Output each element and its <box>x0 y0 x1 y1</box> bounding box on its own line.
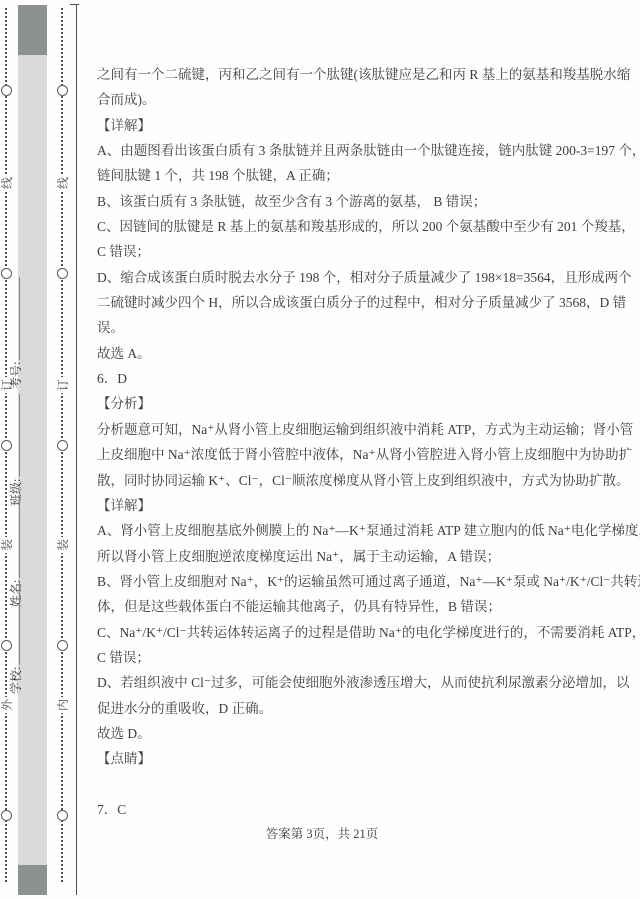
binding-line-char: 线 <box>0 175 15 191</box>
class-field: 班级: <box>7 394 23 506</box>
text-line: C、Na⁺/K⁺/Cl⁻共转运体转运离子的过程是借助 Na⁺的电化学梯度进行的，… <box>97 620 609 645</box>
name-blank-line <box>7 495 20 578</box>
text-line: 之间有一个二硫键，丙和乙之间有一个肽键(该肽键应是乙和丙 R 基上的氨基和羧基脱… <box>97 62 609 87</box>
exam-number-blank-line <box>7 277 20 360</box>
page-left-border-line <box>76 5 77 895</box>
school-blank-line <box>7 582 20 665</box>
text-line: 【分析】 <box>97 391 609 416</box>
binding-hole-circle <box>57 640 68 651</box>
text-line: D、若组织液中 Cl⁻过多，可能会使细胞外液渗透压增大，从而使抗利尿激素分泌增加… <box>97 670 609 695</box>
page-border-top-cap <box>70 4 79 5</box>
text-line: C 错误； <box>97 645 609 670</box>
text-line: 故选 D。 <box>97 721 609 746</box>
school-field: 学校: <box>7 582 23 694</box>
page-footer: 答案第 3页，共 21页 <box>77 824 567 842</box>
exam-number-field: 考号: <box>7 277 23 389</box>
binding-hole-circle <box>57 440 68 451</box>
binding-hole-circle <box>57 268 68 279</box>
text-line: 【点睛】 <box>97 746 609 771</box>
binding-line-char: 装 <box>53 537 71 553</box>
answer-text-area: 之间有一个二硫键，丙和乙之间有一个肽键(该肽键应是乙和丙 R 基上的氨基和羧基脱… <box>97 62 609 822</box>
binding-hole-circle <box>1 810 12 821</box>
text-line: 7．C <box>97 797 609 822</box>
text-line: 【详解】 <box>97 113 609 138</box>
text-line: 【详解】 <box>97 493 609 518</box>
text-line: C、因链间的肽键是 R 基上的氨基和羧基形成的，所以 200 个氨基酸中至少有 … <box>97 214 609 239</box>
binding-hole-circle <box>57 810 68 821</box>
text-line: D、缩合成该蛋白质时脱去水分子 198 个，相对分子质量减少了 198×18=3… <box>97 265 609 290</box>
class-blank-line <box>7 394 20 477</box>
answer-sheet-page: 线 订 装 外 考号: 班级: 姓名: 学校: 线 订 装 内 之间有一个二硫键… <box>0 0 640 899</box>
text-line: B、肾小管上皮细胞对 Na⁺，K⁺的运输虽然可通过离子通道，Na⁺—K⁺泵或 N… <box>97 569 609 594</box>
binding-line-char: 内 <box>53 697 71 713</box>
text-line: 误。 <box>97 315 609 340</box>
binding-line-char: 外 <box>0 697 15 713</box>
text-line: 散，同时协同运输 K⁺、Cl⁻，Cl⁻顺浓度梯度从肾小管上皮到组织液中，方式为协… <box>97 468 609 493</box>
binding-strip-dark-block-bottom <box>18 865 47 895</box>
text-line: 故选 A。 <box>97 341 609 366</box>
text-line: 二硫键时减少四个 H，所以合成该蛋白质分子的过程中，相对分子质量减少了 3568… <box>97 290 609 315</box>
text-line: 上皮细胞中 Na⁺浓度低于肾小管腔中液体，Na⁺从肾小管腔进入肾小管上皮细胞中为… <box>97 442 609 467</box>
text-line: 6．D <box>97 366 609 391</box>
school-label: 学校: <box>7 667 24 694</box>
binding-strip-dark-block-top <box>18 5 47 55</box>
binding-line-char: 线 <box>53 175 71 191</box>
text-line: 体，但是这些载体蛋白不能运输其他离子，仍具有特异性，B 错误； <box>97 594 609 619</box>
binding-hole-circle <box>57 85 68 96</box>
binding-line-char: 订 <box>53 377 71 393</box>
text-line: 分析题意可知，Na⁺从肾小管上皮细胞运输到组织液中消耗 ATP，方式为主动运输；… <box>97 417 609 442</box>
binding-hole-circle <box>1 85 12 96</box>
text-line: B、该蛋白质有 3 条肽链，故至少含有 3 个游离的氨基， B 错误； <box>97 189 609 214</box>
text-line: A、肾小管上皮细胞基底外侧膜上的 Na⁺—K⁺泵通过消耗 ATP 建立胞内的低 … <box>97 518 609 543</box>
text-line <box>97 772 609 797</box>
exam-number-label: 考号: <box>7 362 24 389</box>
text-line: 合而成)。 <box>97 87 609 112</box>
text-line: 链间肽键 1 个，共 198 个肽键，A 正确； <box>97 163 609 188</box>
text-line: A、由题图看出该蛋白质有 3 条肽链并且两条肽链由一个肽键连接，链内肽键 200… <box>97 138 609 163</box>
text-line: C 错误； <box>97 239 609 264</box>
text-line: 所以肾小管上皮细胞逆浓度梯度运出 Na⁺，属于主动运输，A 错误； <box>97 544 609 569</box>
text-line: 促进水分的重吸收，D 正确。 <box>97 696 609 721</box>
